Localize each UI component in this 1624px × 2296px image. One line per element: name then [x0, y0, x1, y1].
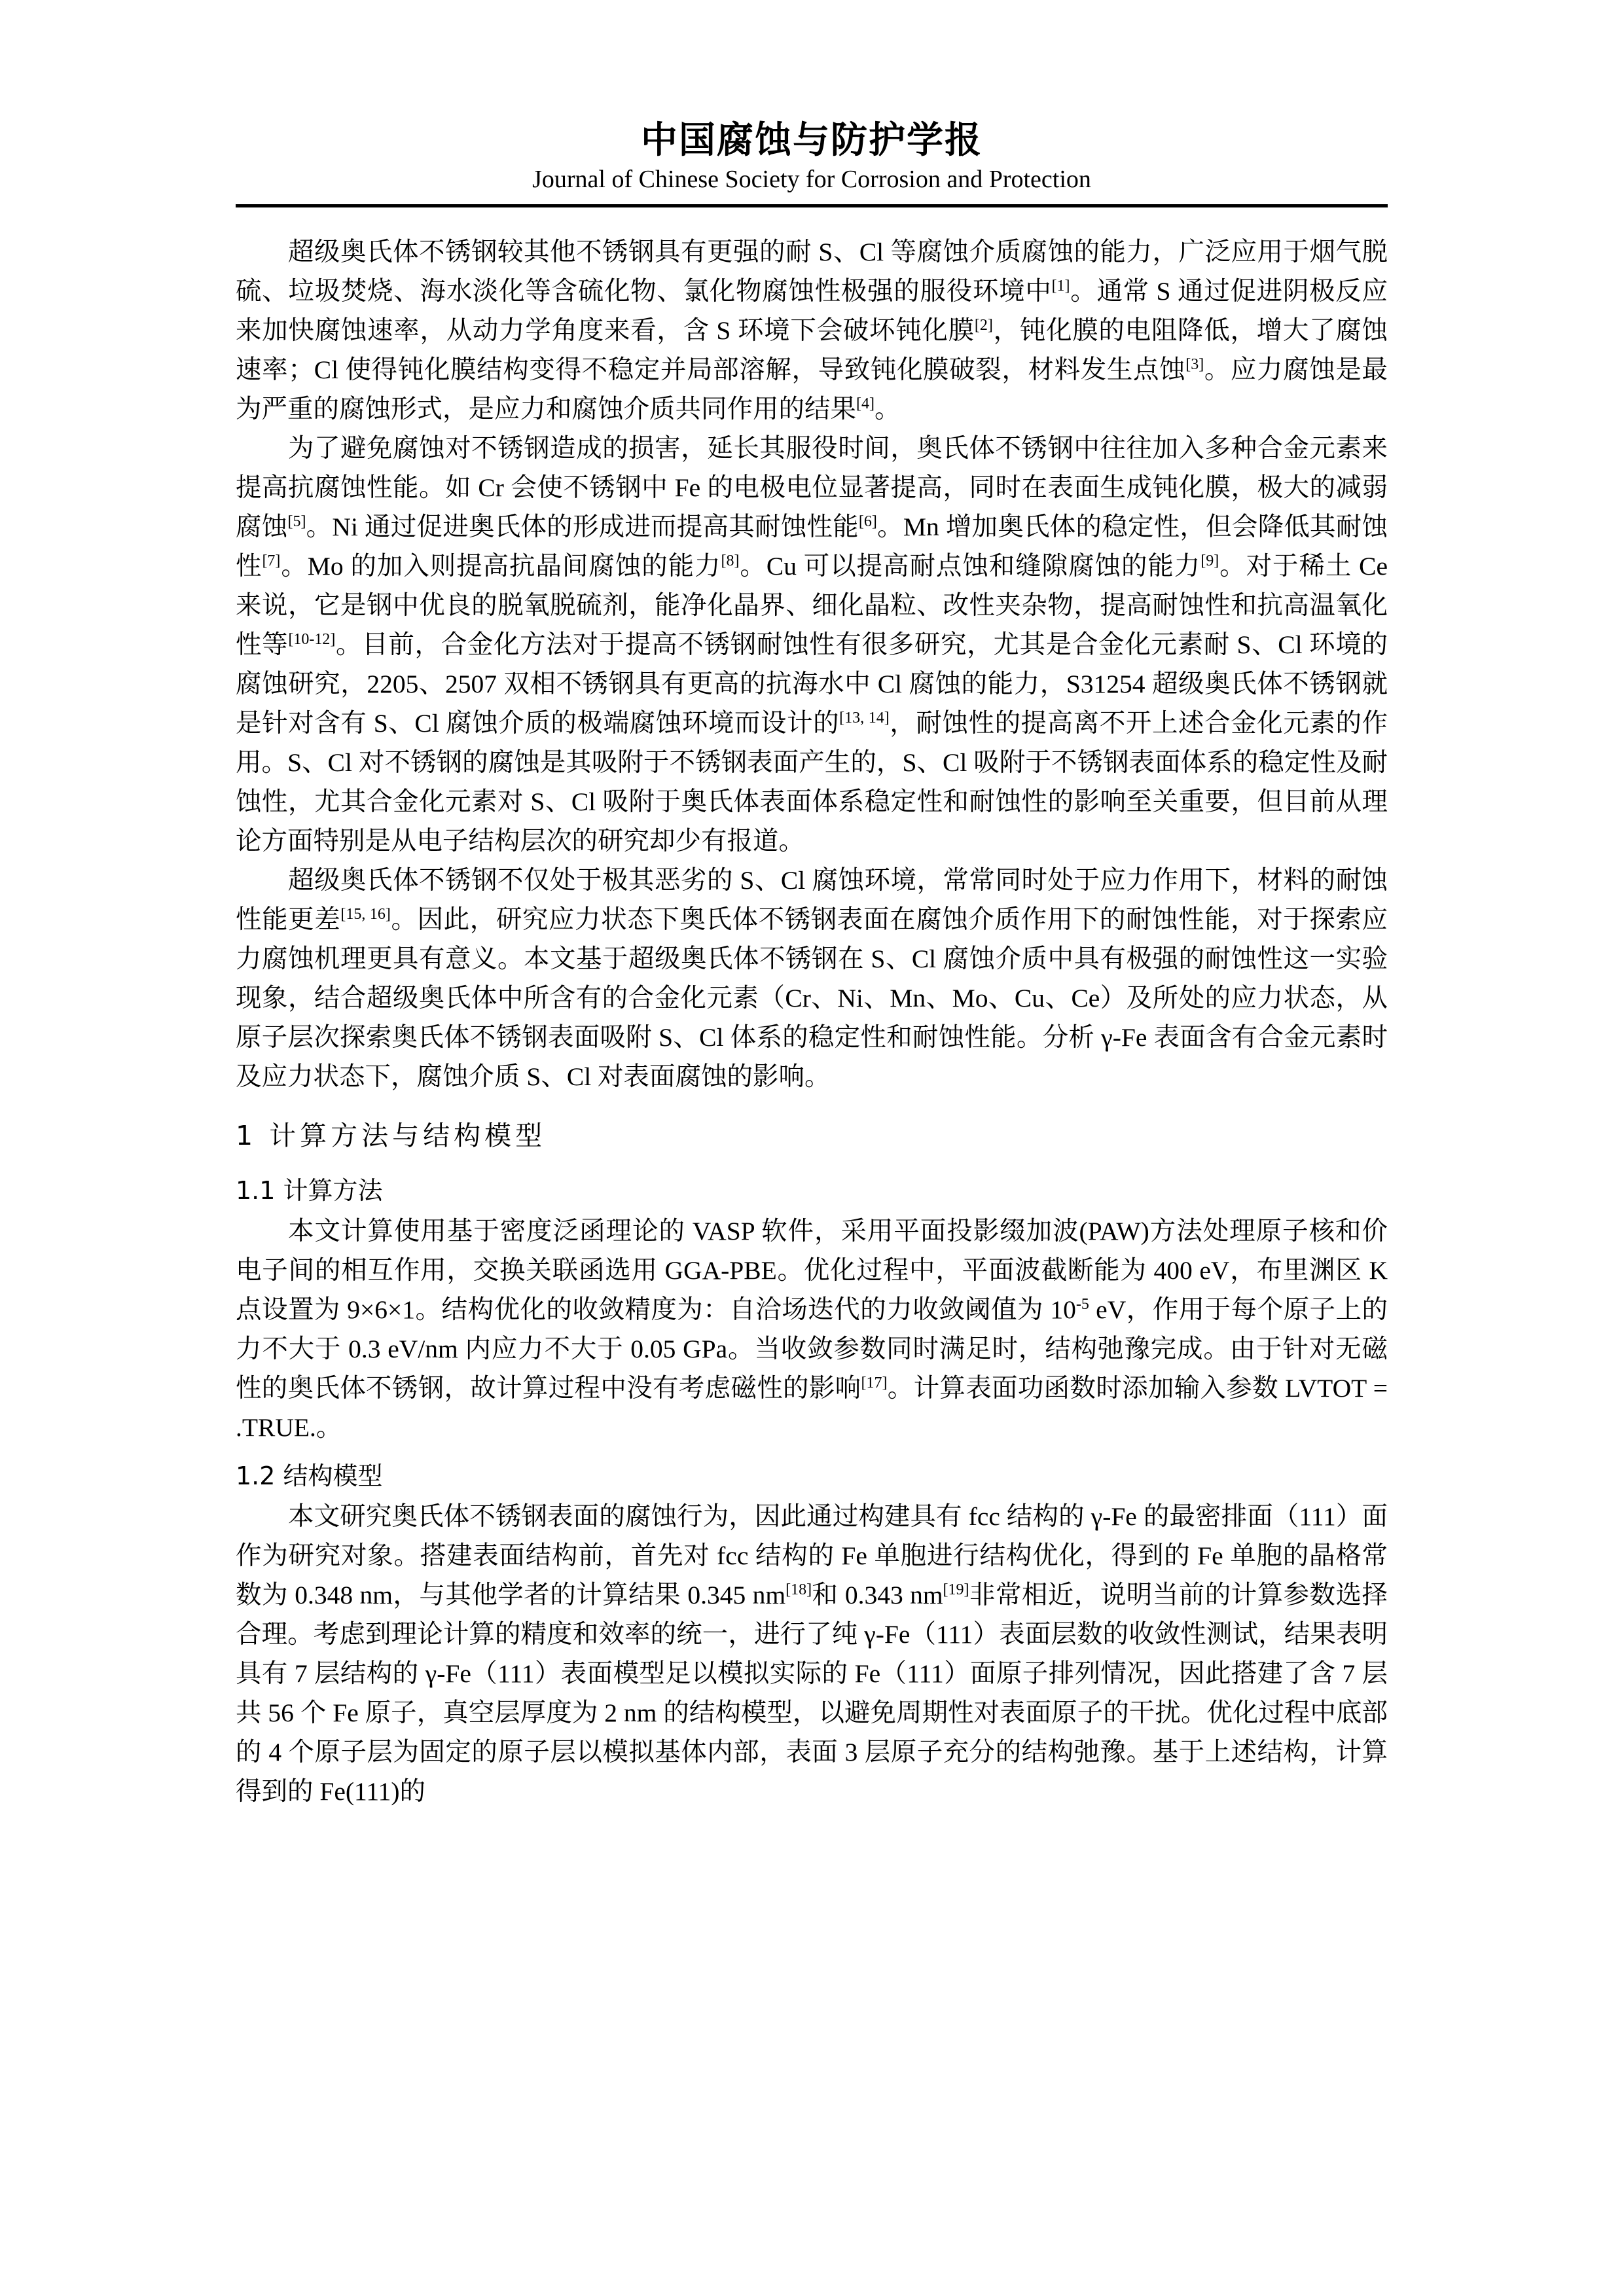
citation-ref: [9]	[1200, 552, 1219, 569]
journal-header: 中国腐蚀与防护学报 Journal of Chinese Society for…	[236, 118, 1388, 207]
citation-ref: [2]	[975, 317, 993, 334]
text-run: 非常相近，说明当前的计算参数选择合理。考虑到理论计算的精度和效率的统一，进行了纯…	[236, 1581, 1388, 1806]
header-divider	[236, 204, 1388, 207]
paragraph-intro-2: 为了避免腐蚀对不锈钢造成的损害，延长其服役时间，奥氏体不锈钢中往往加入多种合金元…	[236, 429, 1388, 861]
section-heading-1: 1 计算方法与结构模型	[236, 1116, 1388, 1155]
text-run: 。Mo 的加入则提高抗晶间腐蚀的能力	[280, 552, 721, 581]
text-run: 。Ni 通过促进奥氏体的形成进而提高其耐蚀性能	[306, 512, 858, 541]
paragraph-intro-1: 超级奥氏体不锈钢较其他不锈钢具有更强的耐 S、Cl 等腐蚀介质腐蚀的能力，广泛应…	[236, 232, 1388, 429]
citation-ref: [15, 16]	[340, 906, 391, 923]
citation-ref: [17]	[861, 1374, 887, 1391]
text-run: 。	[875, 395, 901, 423]
citation-ref: [18]	[785, 1581, 812, 1598]
journal-title-en: Journal of Chinese Society for Corrosion…	[236, 164, 1388, 195]
citation-ref: [6]	[859, 513, 877, 530]
citation-ref: [3]	[1185, 356, 1204, 373]
citation-ref: [13, 14]	[839, 709, 890, 726]
citation-ref: [5]	[287, 513, 306, 530]
citation-ref: [19]	[943, 1581, 969, 1598]
paragraph-model: 本文研究奥氏体不锈钢表面的腐蚀行为，因此通过构建具有 fcc 结构的 γ-Fe …	[236, 1497, 1388, 1811]
paragraph-method: 本文计算使用基于密度泛函理论的 VASP 软件，采用平面投影缀加波(PAW)方法…	[236, 1211, 1388, 1447]
text-run: 和 0.343 nm	[812, 1581, 943, 1609]
subsection-heading-1-1: 1.1 计算方法	[236, 1172, 1388, 1209]
text-run: 。Cu 可以提高耐点蚀和缝隙腐蚀的能力	[740, 552, 1201, 581]
citation-ref: [8]	[721, 552, 740, 569]
citation-ref: [1]	[1052, 278, 1070, 295]
paragraph-intro-3: 超级奥氏体不锈钢不仅处于极其恶劣的 S、Cl 腐蚀环境，常常同时处于应力作用下，…	[236, 861, 1388, 1096]
citation-ref: [10-12]	[288, 631, 335, 648]
journal-title-cn: 中国腐蚀与防护学报	[236, 118, 1388, 164]
citation-ref: [4]	[856, 395, 875, 412]
citation-ref: -5	[1076, 1296, 1089, 1313]
paper-page: 中国腐蚀与防护学报 Journal of Chinese Society for…	[236, 118, 1388, 1811]
subsection-heading-1-2: 1.2 结构模型	[236, 1458, 1388, 1494]
citation-ref: [7]	[262, 552, 280, 569]
article-body: 超级奥氏体不锈钢较其他不锈钢具有更强的耐 S、Cl 等腐蚀介质腐蚀的能力，广泛应…	[236, 232, 1388, 1811]
text-run: 。因此，研究应力状态下奥氏体不锈钢表面在腐蚀介质作用下的耐蚀性能，对于探索应力腐…	[236, 905, 1388, 1091]
